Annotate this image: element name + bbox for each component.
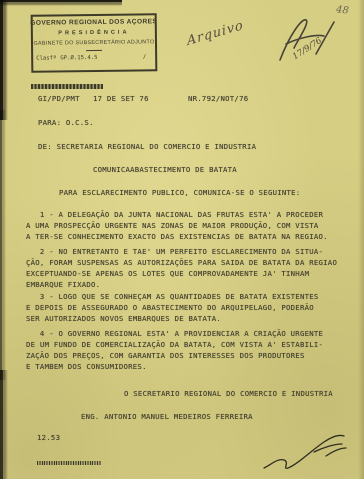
scan-edge-right [358,0,364,479]
stamp-class-line: Clasfª GP.Ø.15.4.5 / [36,54,152,61]
scan-edge-left-top [0,0,9,120]
doc-number: NR.792/NOT/76 [188,93,248,104]
time-note: 12.53 [37,432,60,443]
signatory-title: O SECRETARIO REGIONAL DO COMERCIO E INDU… [124,388,333,399]
body-paragraph: 2 - NO ENTRETANTO E TAE' UM PERFEITO ESC… [26,246,337,290]
stamp-class-label: Clasfª [36,55,56,61]
scan-edge-left-bottom [0,370,8,479]
handwritten-initials-scribble [272,14,344,66]
signatory-name: ENG. ANTONIO MANUEL MEDEIROS FERREIRA [81,411,253,422]
doc-to-line: PARA: O.C.S. [38,117,94,128]
handwritten-archive-note: Arquivo [186,18,244,49]
body-paragraph: 1 - A DELEGAÇÃO DA JUNTA NACIONAL DAS FR… [26,209,328,242]
doc-ref: GI/PD/PMT [38,93,80,104]
stamp-office-line: GABINETE DO SUBSECRETÁRIO ADJUNTO [33,39,154,46]
doc-subject-line: COMUNICAABASTECIMENTO DE BATATA [93,164,237,175]
stamp-org-line: GOVERNO REGIONAL DOS AÇORES [30,18,157,27]
scan-artifact-microtext [37,461,101,465]
scanned-document-page: 48 GOVERNO REGIONAL DOS AÇORES PRESIDÊNC… [0,0,364,479]
body-intro: PARA ESCLARECIMENTO PUBLICO, COMUNICA-SE… [59,187,300,198]
overstrike-smudge [31,84,103,89]
body-paragraph: 4 - O GOVERNO REGIONAL ESTA' A PROVIDENC… [26,328,323,372]
scan-edge-top [0,0,122,6]
scan-edge-left-mid [0,110,6,380]
stamp-class-slots: / [143,54,146,60]
signature-scribble [254,430,354,474]
doc-date: 17 DE SET 76 [93,93,149,104]
stamp-class-value: GP.Ø.15.4.5 [60,54,97,60]
stamp-divider [86,49,102,50]
doc-from-line: DE: SECRETARIA REGIONAL DO COMERCIO E IN… [38,141,256,152]
body-paragraph: 3 - LOGO QUE SE CONHEÇAM AS QUANTIDADES … [26,291,319,324]
stamp-dept-line: PRESIDÊNCIA [58,29,129,36]
office-stamp: GOVERNO REGIONAL DOS AÇORES PRESIDÊNCIA … [31,13,158,73]
